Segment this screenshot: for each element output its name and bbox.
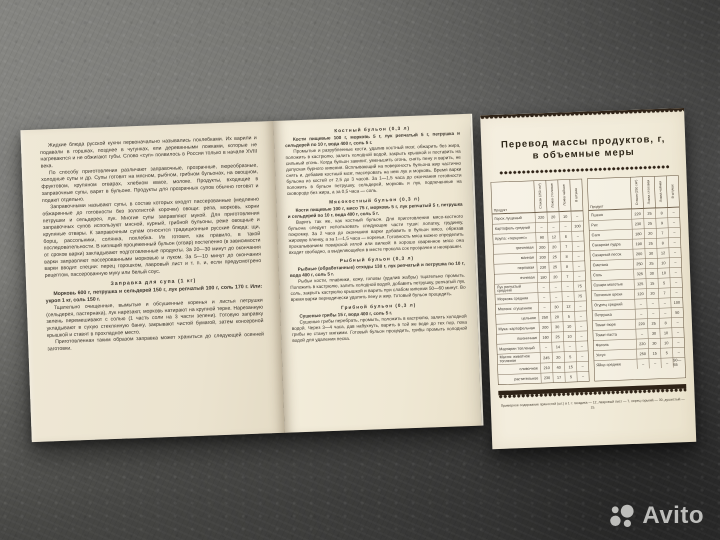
value-cell: 25 xyxy=(643,208,655,218)
value-cell: 220 xyxy=(631,209,643,219)
value-cell: 10 xyxy=(657,258,669,268)
table-column-header: Ложка столовая xyxy=(546,180,559,211)
value-cell: – xyxy=(637,359,649,369)
booklet-open-spread: Жидкие блюда русской кухни первоначально… xyxy=(20,114,483,442)
value-cell: 200 xyxy=(536,242,548,252)
value-cell: 20 xyxy=(550,312,562,322)
value-cell: 30 xyxy=(550,302,562,312)
value-cell: 10 xyxy=(657,268,669,278)
value-cell: – xyxy=(550,292,562,302)
value-cell: 220 xyxy=(636,339,648,349)
value-cell: 220 xyxy=(635,319,647,329)
value-cell: 120 xyxy=(634,289,646,299)
value-cell: 180 xyxy=(632,229,644,239)
value-cell: – xyxy=(668,217,680,227)
spice-count-footnote: Примерное содержание пряностей (шт.) в 1… xyxy=(491,396,695,415)
value-cell: 30 xyxy=(645,268,657,278)
value-cell: – xyxy=(572,241,584,251)
value-cell: 7 xyxy=(560,241,572,251)
value-cell: 5 xyxy=(660,348,672,358)
meat-bone-broth-method: Варить так же, как костный бульон. Для п… xyxy=(288,214,464,256)
value-cell: 210 xyxy=(540,363,552,373)
conversion-table-card: Перевод массы продуктов, г, в объемные м… xyxy=(480,108,696,449)
left-page-text: Жидкие блюда русской кухни первоначально… xyxy=(20,121,284,442)
value-cell: – xyxy=(571,231,583,241)
value-cell: 10 xyxy=(660,338,672,348)
value-cell: 20 xyxy=(552,352,564,362)
table-column-header: Ложка столовая xyxy=(642,176,655,207)
value-cell: – xyxy=(559,221,571,231)
value-cell: 325 xyxy=(633,269,645,279)
booklet: Жидкие блюда русской кухни первоначально… xyxy=(20,106,695,448)
value-cell: 180 xyxy=(537,272,549,282)
product-name-cell: Яйцо среднее xyxy=(594,359,637,370)
value-cell: – xyxy=(547,222,559,232)
value-cell: 160 xyxy=(539,333,551,343)
value-cell: 50—55 xyxy=(673,357,685,367)
value-cell: – xyxy=(671,317,683,327)
value-cell: 30 xyxy=(648,338,660,348)
value-cell: 200 xyxy=(539,323,551,333)
value-cell: – xyxy=(576,351,588,361)
value-cell: 25 xyxy=(549,262,561,272)
value-cell: – xyxy=(572,251,584,261)
bone-broth-method: Промытые и разрубленные кости, удалив ко… xyxy=(285,143,462,197)
value-cell: 15 xyxy=(646,278,658,288)
value-cell: 75 xyxy=(573,281,585,291)
value-cell: 100 xyxy=(670,297,682,307)
avito-watermark: Avito xyxy=(609,502,704,530)
value-cell: – xyxy=(659,308,671,318)
value-cell: – xyxy=(535,222,547,232)
value-cell: 25 xyxy=(551,332,563,342)
decorative-divider xyxy=(499,165,669,175)
value-cell: – xyxy=(575,321,587,331)
value-cell: 20 xyxy=(644,228,656,238)
value-cell: – xyxy=(636,329,648,339)
value-cell: 8 xyxy=(560,251,572,261)
table-column-header: В штуках xyxy=(570,179,583,210)
value-cell: 15 xyxy=(564,362,576,372)
value-cell: – xyxy=(649,358,661,368)
value-cell: – xyxy=(573,261,585,271)
value-cell: 25 xyxy=(548,252,560,262)
value-cell: 250 xyxy=(633,259,645,269)
table-column-header: Ложка чайная xyxy=(654,176,667,207)
conversion-table-right: ПродуктСтакан (250 см³)Ложка столоваяЛож… xyxy=(587,175,686,382)
table-column-header: В штуках xyxy=(666,175,679,206)
value-cell: 7 xyxy=(561,271,573,281)
conversion-table-left: ПродуктСтакан (250 см³)Ложка столоваяЛож… xyxy=(491,178,590,385)
value-cell: – xyxy=(668,227,680,237)
value-cell: 12 xyxy=(657,248,669,258)
value-cell: – xyxy=(670,277,682,287)
value-cell: 20 xyxy=(549,272,561,282)
value-cell: 7 xyxy=(656,228,668,238)
value-cell: 30 xyxy=(645,248,657,258)
table-header-row: ПродуктСтакан (250 см³)Ложка столоваяЛож… xyxy=(588,175,680,210)
value-cell: – xyxy=(564,342,576,352)
value-cell: 125 xyxy=(634,279,646,289)
value-cell: – xyxy=(538,293,550,303)
value-cell: 245 xyxy=(540,353,552,363)
booklet-middle-page: Костный бульон (0,3 л) Кости пищевые 100… xyxy=(273,114,483,433)
value-cell: 10 xyxy=(563,332,575,342)
value-cell: – xyxy=(647,308,659,318)
value-cell: 25 xyxy=(644,218,656,228)
value-cell: 100 xyxy=(571,221,583,231)
value-cell: 7 xyxy=(658,288,670,298)
value-cell: 5 xyxy=(658,278,670,288)
value-cell: – xyxy=(537,282,549,292)
value-cell: – xyxy=(576,341,588,351)
table-header-row: ПродуктСтакан (250 см³)Ложка столоваяЛож… xyxy=(491,179,583,214)
value-cell: 20 xyxy=(547,212,559,222)
value-cell: 8 xyxy=(561,261,573,271)
zapravochnye-paragraph: Заправочными называют супы, в состав кот… xyxy=(42,196,261,279)
value-cell: 20 xyxy=(646,288,658,298)
value-cell: – xyxy=(661,358,673,368)
value-cell: 200 xyxy=(536,252,548,262)
value-cell: 5 xyxy=(562,312,574,322)
value-cell: – xyxy=(669,247,681,257)
value-cell: – xyxy=(669,267,681,277)
table-column-header: Стакан (250 см³) xyxy=(630,177,643,208)
conversion-tables: ПродуктСтакан (250 см³)Ложка столоваяЛож… xyxy=(483,175,694,386)
conversion-card-title: Перевод массы продуктов, г, в объемные м… xyxy=(481,132,686,163)
value-cell: – xyxy=(672,347,684,357)
middle-page-text: Костный бульон (0,3 л) Кости пищевые 100… xyxy=(273,114,481,433)
value-cell: 30 xyxy=(551,322,563,332)
value-cell: – xyxy=(668,237,680,247)
value-cell: 5 xyxy=(564,352,576,362)
value-cell: 20 xyxy=(548,242,560,252)
value-cell: 25 xyxy=(647,318,659,328)
value-cell: – xyxy=(538,303,550,313)
value-cell: – xyxy=(658,298,670,308)
value-cell: 8 xyxy=(659,318,671,328)
value-cell: 190 xyxy=(632,239,644,249)
avito-brand-text: Avito xyxy=(642,502,704,530)
value-cell: 75 xyxy=(574,291,586,301)
value-cell: 250 xyxy=(636,349,648,359)
product-name-cell: растительное xyxy=(498,374,541,385)
value-cell: 25 xyxy=(645,258,657,268)
value-cell: 10 xyxy=(660,328,672,338)
value-cell: 8 xyxy=(656,238,668,248)
value-cell: – xyxy=(670,287,682,297)
value-cell: – xyxy=(574,311,586,321)
value-cell: 40 xyxy=(552,363,564,373)
table-column-header: Продукт xyxy=(491,181,535,214)
value-cell: – xyxy=(576,362,588,372)
value-cell: 90 xyxy=(535,232,547,242)
value-cell: – xyxy=(540,343,552,353)
value-cell: 5 xyxy=(565,372,577,382)
avito-logo-icon xyxy=(609,503,635,529)
value-cell: 30 xyxy=(648,328,660,338)
value-cell: – xyxy=(561,281,573,291)
value-cell: – xyxy=(646,298,658,308)
value-cell: – xyxy=(574,301,586,311)
value-cell: 12 xyxy=(562,302,574,312)
value-cell: 17 xyxy=(553,373,565,383)
value-cell: 14 xyxy=(552,342,564,352)
booklet-left-page: Жидкие блюда русской кухни первоначально… xyxy=(20,121,284,442)
value-cell: – xyxy=(669,257,681,267)
value-cell: 230 xyxy=(537,262,549,272)
value-cell: 220 xyxy=(535,212,547,222)
value-cell: 12 xyxy=(547,232,559,242)
value-cell: – xyxy=(634,299,646,309)
value-cell: – xyxy=(573,271,585,281)
value-cell: 230 xyxy=(541,373,553,383)
table-column-header: Ложка чайная xyxy=(558,179,571,210)
value-cell: – xyxy=(672,337,684,347)
value-cell: – xyxy=(549,282,561,292)
value-cell: 200 xyxy=(633,249,645,259)
table-column-header: Продукт xyxy=(588,177,632,210)
value-cell: 8 xyxy=(655,208,667,218)
value-cell: – xyxy=(577,372,589,382)
value-cell: 230 xyxy=(632,219,644,229)
photo-scene: Жидкие блюда русской кухни первоначально… xyxy=(0,0,720,540)
value-cell: – xyxy=(667,207,679,217)
value-cell: 25 xyxy=(644,238,656,248)
value-cell: 50 xyxy=(671,307,683,317)
table-column-header: Стакан (250 см³) xyxy=(534,180,547,211)
value-cell: 6 xyxy=(559,231,571,241)
value-cell: – xyxy=(672,327,684,337)
value-cell: 10 xyxy=(559,211,571,221)
value-cell: 10 xyxy=(563,322,575,332)
value-cell: – xyxy=(562,292,574,302)
conversion-card-content: Перевод массы продуктов, г, в объемные м… xyxy=(480,108,696,449)
value-cell: 250 xyxy=(538,313,550,323)
value-cell: – xyxy=(575,331,587,341)
value-cell: 9 xyxy=(656,218,668,228)
value-cell: – xyxy=(635,309,647,319)
value-cell: 15 xyxy=(648,348,660,358)
value-cell: – xyxy=(571,211,583,221)
